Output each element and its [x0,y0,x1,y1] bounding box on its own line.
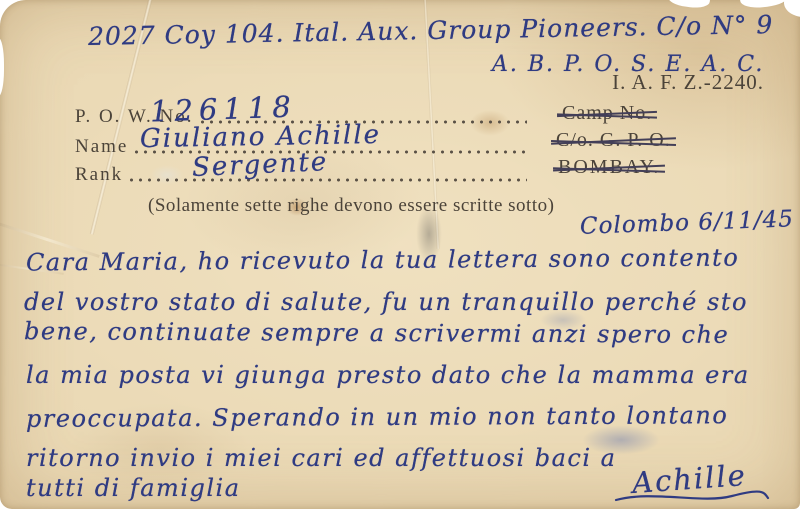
message-line: Cara Maria, ho ricevuto la tua lettera s… [26,244,739,277]
instruction-line: (Solamente sette righe devono essere scr… [148,195,554,217]
name-label: Name [75,136,128,158]
camp-no-struck: Camp No. [562,102,652,125]
care-of-gpo-struck: C/o. G. P. O. [556,129,671,152]
rank-label: Rank [75,164,123,186]
message-line: tutti di famiglia [26,474,241,502]
address-line-1: 2027 Coy 104. Ital. Aux. Group Pioneers.… [88,10,774,51]
form-ref-code: I. A. F. Z.-2240. [612,70,764,95]
care-of-gpo-text: C/o. G. P. O. [556,129,671,152]
tear [781,0,800,21]
dotted-leader [127,178,527,182]
camp-no-text: Camp No. [562,102,652,125]
bombay-text: BOMBAY. [558,156,660,179]
tear [739,0,789,9]
message-line: del vostro stato di salute, fu un tranqu… [24,288,748,316]
message-line: ritorno invio i miei cari ed affettuosi … [26,444,616,472]
message-line: preoccupata. Sperando in un mio non tant… [26,401,728,433]
postcard-paper: 2027 Coy 104. Ital. Aux. Group Pioneers.… [0,0,800,509]
signature-flourish [612,488,772,506]
bombay-struck: BOMBAY. [558,156,660,179]
message-line: la mia posta vi giunga presto dato che l… [26,361,750,389]
tear [667,0,711,9]
dateline: Colombo 6/11/45 [580,206,795,239]
message-line: bene, continuate sempre a scrivermi anzi… [24,317,729,349]
rank-value: Sergente [191,147,328,183]
tear [0,38,4,96]
